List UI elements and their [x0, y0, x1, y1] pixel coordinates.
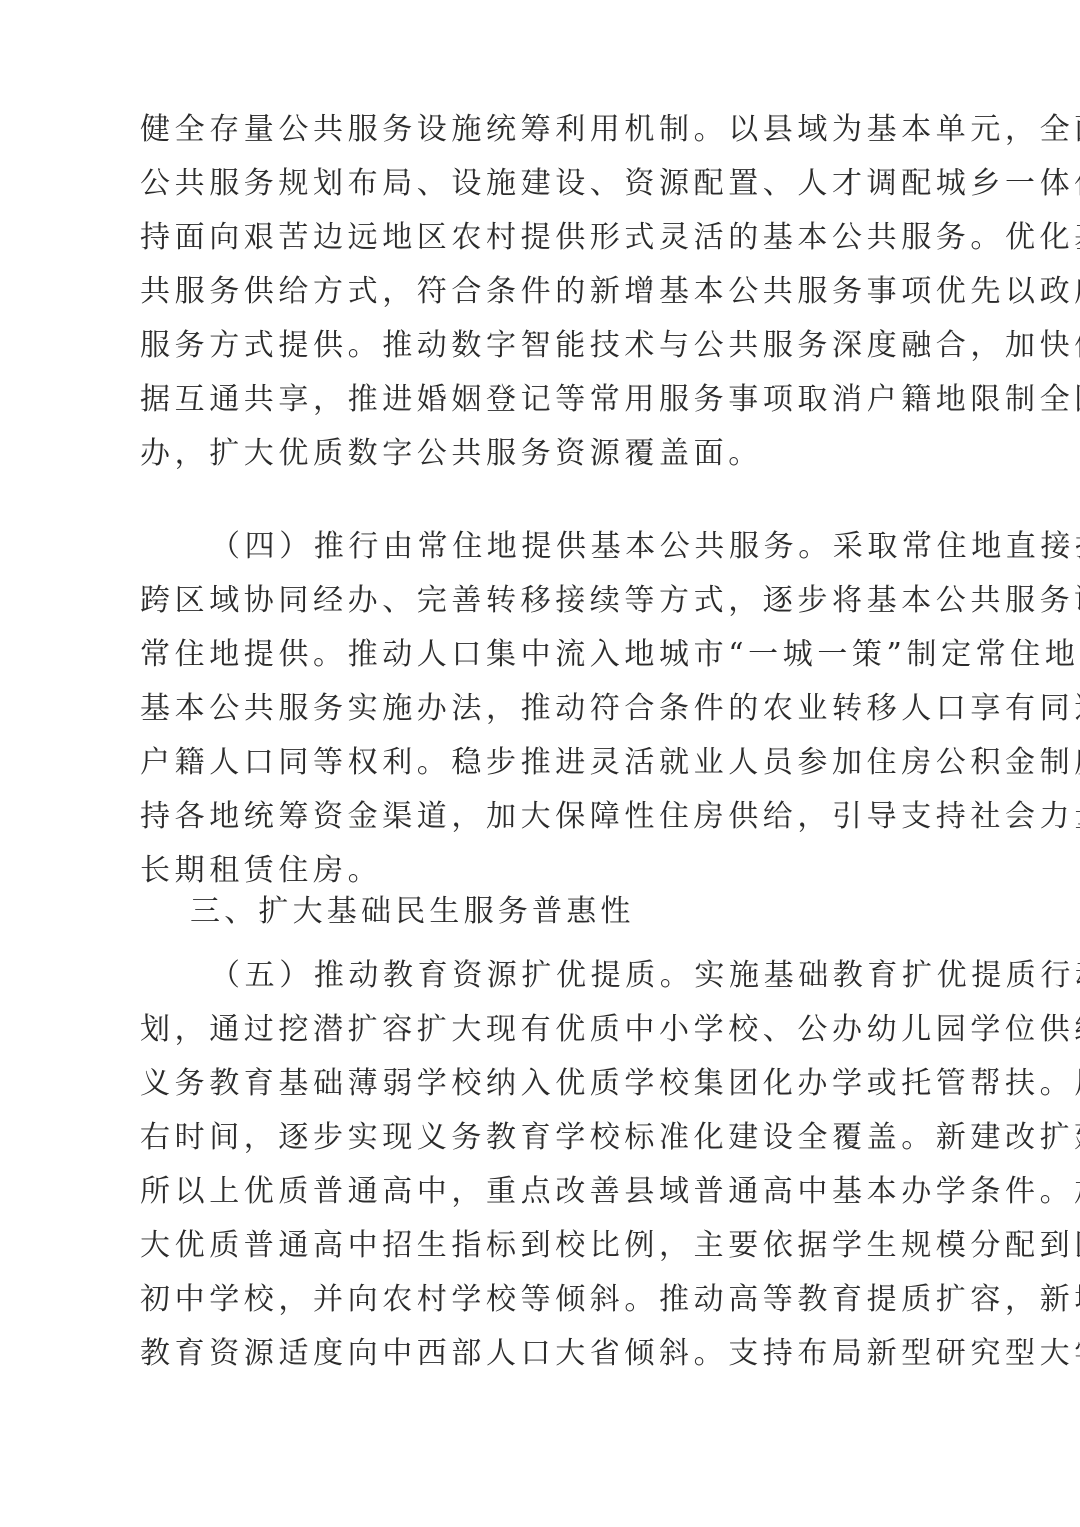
paragraph-3-line-6: 大优质普通高中招生指标到校比例，主要依据学生规模分配到区域内	[140, 1226, 944, 1266]
paragraph-2-line-5: 户籍人口同等权利。稳步推进灵活就业人员参加住房公积金制度。支	[140, 743, 944, 783]
paragraph-1-line-1: 健全存量公共服务设施统筹利用机制。以县域为基本单元，全面推进	[140, 110, 944, 150]
paragraph-1-line-4: 共服务供给方式，符合条件的新增基本公共服务事项优先以政府购买	[140, 272, 944, 312]
paragraph-2-line-3: 常住地提供。推动人口集中流入地城市“一城一策”制定常住地提供	[140, 635, 944, 675]
paragraph-3-line-8: 教育资源适度向中西部人口大省倾斜。支持布局新型研究型大学和高	[140, 1334, 944, 1374]
paragraph-1-line-3: 持面向艰苦边远地区农村提供形式灵活的基本公共服务。优化基本公	[140, 218, 944, 258]
paragraph-3-line-5: 所以上优质普通高中，重点改善县域普通高中基本办学条件。加快扩	[140, 1172, 944, 1212]
paragraph-2-line-6: 持各地统筹资金渠道，加大保障性住房供给，引导支持社会力量运营	[140, 797, 944, 837]
paragraph-3-line-3: 义务教育基础薄弱学校纳入优质学校集团化办学或托管帮扶。用5年左	[140, 1064, 944, 1104]
paragraph-3-line-4: 右时间，逐步实现义务教育学校标准化建设全覆盖。新建改扩建1000	[140, 1118, 944, 1158]
paragraph-2-line-2: 跨区域协同经办、完善转移接续等方式，逐步将基本公共服务调整为	[140, 581, 944, 621]
paragraph-3-line-2: 划，通过挖潜扩容扩大现有优质中小学校、公办幼儿园学位供给，将	[140, 1010, 944, 1050]
paragraph-1-line-6: 据互通共享，推进婚姻登记等常用服务事项取消户籍地限制全国通	[140, 380, 944, 420]
paragraph-1-line-2: 公共服务规划布局、设施建设、资源配置、人才调配城乡一体化。支	[140, 164, 944, 204]
document-page: 健全存量公共服务设施统筹利用机制。以县域为基本单元，全面推进 公共服务规划布局、…	[0, 0, 1080, 1527]
paragraph-2-line-1: （四）推行由常住地提供基本公共服务。采取常住地直接提供、	[210, 527, 944, 567]
section-heading: 三、扩大基础民生服务普惠性	[190, 892, 994, 932]
paragraph-2-line-7: 长期租赁住房。	[140, 851, 944, 891]
paragraph-1-line-7: 办，扩大优质数字公共服务资源覆盖面。	[140, 434, 944, 474]
paragraph-3-line-7: 初中学校，并向农村学校等倾斜。推动高等教育提质扩容，新增高等	[140, 1280, 944, 1320]
paragraph-3-line-1: （五）推动教育资源扩优提质。实施基础教育扩优提质行动计	[210, 956, 944, 996]
paragraph-2-line-4: 基本公共服务实施办法，推动符合条件的农业转移人口享有同迁入地	[140, 689, 944, 729]
paragraph-1-line-5: 服务方式提供。推动数字智能技术与公共服务深度融合，加快信息数	[140, 326, 944, 366]
